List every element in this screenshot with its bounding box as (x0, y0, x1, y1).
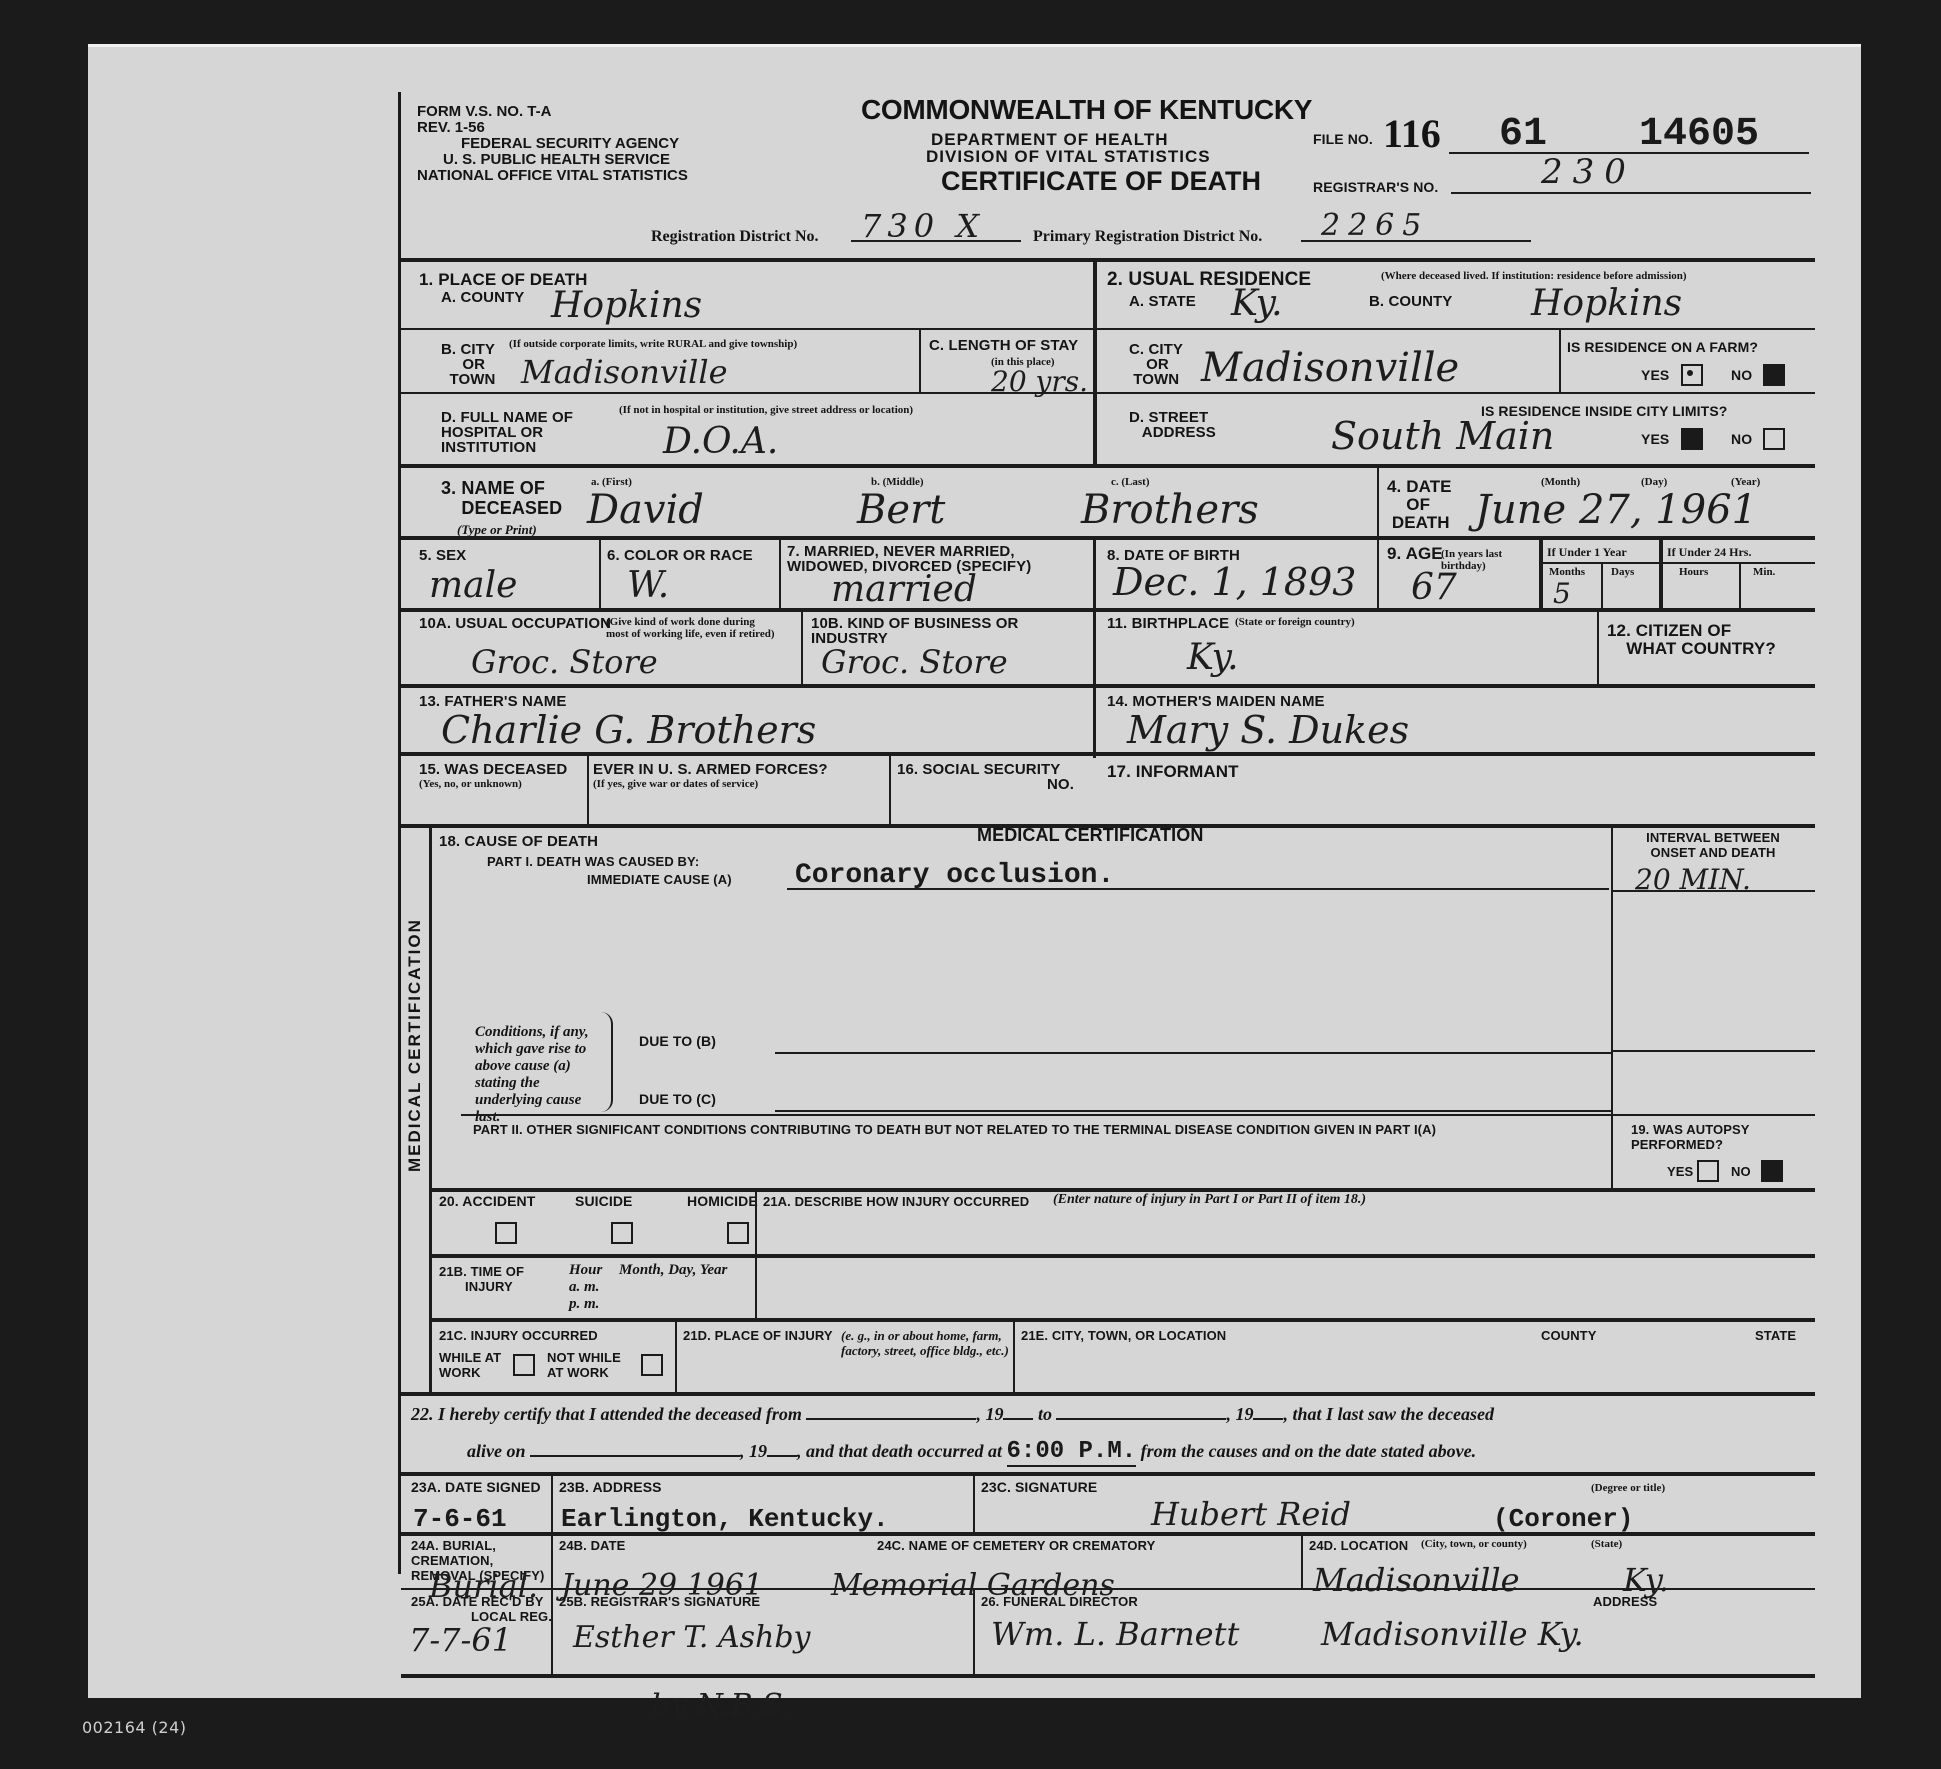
immediate-cause-value: Coronary occlusion. (787, 860, 1609, 890)
injury-place-note: (e. g., in or about home, farm, factory,… (841, 1328, 1011, 1358)
days-label: Days (1611, 566, 1634, 578)
service-line: U. S. PUBLIC HEALTH SERVICE (417, 152, 688, 168)
occupation-value: Groc. Store (471, 644, 658, 680)
injury-state-label: STATE (1755, 1328, 1796, 1343)
death-city-note: (If outside corporate limits, write RURA… (509, 338, 829, 350)
medical-certification-side-label: MEDICAL CERTIFICATION (405, 918, 425, 1172)
due-to-c-field[interactable] (775, 1090, 1611, 1112)
due-to-c-label: DUE TO (c) (639, 1092, 716, 1107)
ssn-label: 16. SOCIAL SECURITYNO. (897, 762, 1087, 792)
funeral-address-value: Madisonville Ky. (1321, 1616, 1584, 1652)
homicide-checkbox[interactable] (727, 1222, 749, 1244)
stay-value: 20 yrs. (991, 364, 1088, 400)
res-state-label: a. STATE (1129, 294, 1196, 309)
accident-label: 20. ACCIDENT (439, 1194, 535, 1209)
certifier-signature-value: Hubert Reid (1151, 1496, 1351, 1532)
race-label: 6. COLOR OR RACE (607, 548, 753, 563)
file-no-label: FILE NO. (1313, 132, 1373, 147)
res-street-label: d. STREET ADDRESS (1129, 410, 1216, 440)
attended-to-year[interactable] (1253, 1418, 1283, 1420)
registrar-signature-value: Esther T. Ashby (573, 1620, 811, 1656)
medical-certification-heading: MEDICAL CERTIFICATION (977, 828, 1203, 843)
file-no-number: 14605 (1639, 112, 1759, 157)
autopsy-label: 19. WAS AUTOPSY PERFORMED? (1631, 1122, 1801, 1152)
mother-label: 14. MOTHER'S MAIDEN NAME (1107, 694, 1325, 709)
burial-location-label: 24d. LOCATION (1309, 1538, 1408, 1553)
hours-label: Hours (1679, 566, 1708, 578)
farm-no-checkbox[interactable] (1763, 364, 1785, 386)
due-to-b-field[interactable] (775, 1032, 1611, 1054)
year-prefix-1: , 19 (976, 1404, 1003, 1424)
birthplace-label: 11. BIRTHPLACE (1107, 616, 1229, 631)
death-city-value: Madisonville (521, 354, 728, 390)
farm-yes-label: YES (1641, 368, 1669, 383)
hospital-note: (If not in hospital or institution, give… (619, 404, 1089, 416)
registrar-signature-label: 25b. REGISTRAR'S SIGNATURE (559, 1594, 760, 1609)
deceased-name-label: 3. NAME OF DECEASED (441, 478, 562, 518)
certifier-address-value: Earlington, Kentucky. (561, 1504, 889, 1534)
occupation-label: 10a. USUAL OCCUPATION (419, 616, 611, 631)
occupation-note: (Give kind of work done during most of w… (606, 616, 776, 640)
citizen-label: 12. CITIZEN OF WHAT COUNTRY? (1607, 622, 1776, 658)
certifier-signature-label: 23c. SIGNATURE (981, 1480, 1097, 1495)
armed-note-2: (If yes, give war or dates of service) (593, 778, 758, 790)
first-name-value: David (587, 492, 704, 528)
injury-county-label: COUNTY (1541, 1328, 1597, 1343)
injury-work-label: 21c. INJURY OCCURRED (439, 1328, 598, 1343)
mother-value: Mary S. Dukes (1127, 712, 1409, 748)
alive-on-year[interactable] (767, 1455, 797, 1457)
burial-date-label: 24b. DATE (559, 1538, 625, 1553)
certifier-title-value: (Coroner) (1493, 1504, 1633, 1534)
city-limits-no-label: NO (1731, 432, 1752, 447)
under-1-year-label: If Under 1 Year (1547, 546, 1627, 558)
certificate-title: CERTIFICATE OF DEATH (941, 166, 1261, 197)
father-value: Charlie G. Brothers (441, 712, 816, 748)
autopsy-no-label: NO (1731, 1164, 1751, 1179)
reg-district-value: 730 X (851, 208, 1021, 242)
res-city-value: Madisonville (1201, 350, 1459, 386)
city-limits-yes-label: YES (1641, 432, 1669, 447)
cemetery-label: 24c. NAME OF CEMETERY OR CREMATORY (877, 1538, 1155, 1553)
autopsy-yes-checkbox[interactable] (1697, 1160, 1719, 1182)
death-certificate-form: FORM V.S. NO. T-A REV. 1-56 FEDERAL SECU… (398, 92, 1815, 1574)
injury-date-label: Month, Day, Year (619, 1262, 727, 1279)
date-signed-value: 7-6-61 (413, 1504, 507, 1534)
city-limits-yes-checkbox[interactable] (1681, 428, 1703, 450)
location-state-note: (State) (1591, 1538, 1622, 1550)
burial-location-value: Madisonville (1313, 1562, 1520, 1598)
registrar-no-value: 230 (1451, 154, 1811, 194)
file-no-year: 61 (1499, 112, 1547, 157)
sex-label: 5. SEX (419, 548, 466, 563)
autopsy-no-checkbox[interactable] (1761, 1160, 1783, 1182)
injury-how-note: (Enter nature of injury in Part I or Par… (1053, 1192, 1366, 1208)
interval-label: INTERVAL BETWEEN ONSET AND DEATH (1633, 830, 1793, 860)
months-value: 5 (1553, 576, 1571, 612)
sex-value: male (429, 568, 517, 604)
autopsy-yes-label: YES (1667, 1164, 1693, 1179)
age-value: 67 (1411, 570, 1457, 606)
certify-to-text: to (1038, 1404, 1052, 1424)
certify-line-1: 22. I hereby certify that I attended the… (411, 1404, 1494, 1425)
form-revision: REV. 1-56 (417, 120, 688, 136)
while-at-work-checkbox[interactable] (513, 1354, 535, 1376)
res-county-value: Hopkins (1531, 286, 1682, 322)
stay-label: c. LENGTH OF STAY (929, 338, 1078, 353)
not-while-at-work-label: NOT WHILEAT WORK (547, 1350, 621, 1380)
conditions-note: Conditions, if any, which gave rise to a… (475, 1024, 605, 1126)
funeral-address-label: ADDRESS (1593, 1594, 1657, 1609)
attended-from-year[interactable] (1003, 1418, 1033, 1420)
middle-name-value: Bert (857, 492, 945, 528)
margin-note: by N.B.S. (651, 1688, 791, 1724)
dob-value: Dec. 1, 1893 (1113, 564, 1356, 600)
primary-district-value: 2265 (1301, 208, 1531, 242)
res-city-label: c. CITY OR TOWN (1129, 342, 1183, 387)
city-limits-no-checkbox[interactable] (1763, 428, 1785, 450)
hospital-value: D.O.A. (663, 424, 778, 460)
business-label: 10b. KIND OF BUSINESS OR INDUSTRY (811, 616, 1087, 646)
armed-forces-label-2: EVER IN U. S. ARMED FORCES? (593, 762, 828, 777)
informant-label: 17. INFORMANT (1107, 764, 1239, 779)
reg-district-label: Registration District No. (651, 228, 819, 246)
file-no-prefix: 116 (1383, 110, 1441, 157)
farm-label: IS RESIDENCE ON A FARM? (1567, 340, 1758, 355)
date-recd-value: 7-7-61 (409, 1622, 512, 1658)
location-note: (City, town, or county) (1421, 1538, 1527, 1550)
frame-id: 002164 (24) (82, 1718, 187, 1737)
birthplace-note: (State or foreign country) (1235, 616, 1355, 628)
date-of-death-value: June 27, 1961 (1475, 492, 1757, 528)
death-city-label: b. CITY OR TOWN (441, 342, 495, 387)
date-signed-label: 23a. DATE SIGNED (411, 1480, 541, 1495)
office-line: NATIONAL OFFICE VITAL STATISTICS (417, 168, 688, 184)
form-id-block: FORM V.S. NO. T-A REV. 1-56 FEDERAL SECU… (417, 104, 688, 184)
due-to-b-label: DUE TO (b) (639, 1034, 716, 1049)
conditions-brace (601, 1012, 613, 1112)
accident-checkbox[interactable] (495, 1222, 517, 1244)
attended-to-field[interactable] (1056, 1418, 1226, 1420)
last-name-value: Brothers (1081, 492, 1259, 528)
cause-of-death-label: 18. CAUSE OF DEATH (439, 834, 598, 849)
injury-time-hour-label: Houra. m.p. m. (569, 1262, 602, 1313)
immediate-cause-label: IMMEDIATE CAUSE (a) (587, 872, 732, 887)
injury-how-label: 21a. DESCRIBE HOW INJURY OCCURRED (763, 1194, 1029, 1209)
armed-note-1: (Yes, no, or unknown) (419, 778, 522, 790)
certify-from-text: 22. I hereby certify that I attended the… (411, 1404, 802, 1424)
alive-on-text: alive on (467, 1441, 526, 1461)
death-county-value: Hopkins (551, 288, 702, 324)
under-24-hours-label: If Under 24 Hrs. (1667, 546, 1751, 558)
injury-place-label: 21d. PLACE OF INJURY (683, 1328, 833, 1343)
degree-title-label: (Degree or title) (1591, 1482, 1665, 1494)
certify-line-2: alive on , 19, and that death occurred a… (467, 1438, 1476, 1465)
res-state-value: Ky. (1231, 286, 1283, 322)
race-value: W. (627, 568, 669, 604)
causes-text: from the causes and on the date stated a… (1141, 1441, 1477, 1461)
year-prefix-3: , 19 (740, 1441, 767, 1461)
file-no-field: 61 14605 (1449, 112, 1809, 154)
suicide-checkbox[interactable] (611, 1222, 633, 1244)
homicide-label: HOMICIDE (687, 1194, 758, 1209)
year-prefix-2: , 19 (1226, 1404, 1253, 1424)
registrar-no-label: REGISTRAR'S NO. (1313, 180, 1438, 195)
division-title: DIVISION OF VITAL STATISTICS (926, 147, 1211, 167)
father-label: 13. FATHER'S NAME (419, 694, 567, 709)
attended-from-field[interactable] (806, 1418, 976, 1420)
res-county-label: b. COUNTY (1369, 294, 1452, 309)
death-occurred-text: , and that death occurred at (797, 1441, 1002, 1461)
date-of-death-label: 4. DATE OF DEATH (1387, 478, 1452, 532)
death-county-label: a. COUNTY (441, 290, 524, 305)
minutes-label: Min. (1753, 566, 1775, 578)
interval-value: 20 MIN. (1635, 862, 1751, 898)
form-number: FORM V.S. NO. T-A (417, 104, 688, 120)
hospital-label: d. FULL NAME OF HOSPITAL OR INSTITUTION (441, 410, 591, 455)
not-while-at-work-checkbox[interactable] (641, 1354, 663, 1376)
business-value: Groc. Store (821, 644, 1008, 680)
while-at-work-label: WHILE ATWORK (439, 1350, 501, 1380)
certifier-address-label: 23b. ADDRESS (559, 1480, 662, 1495)
last-saw-text: , that I last saw the deceased (1283, 1404, 1494, 1424)
part2-label: PART II. OTHER SIGNIFICANT CONDITIONS CO… (473, 1122, 1603, 1137)
burial-state-value: Ky. (1623, 1562, 1669, 1598)
funeral-director-value: Wm. L. Barnett (991, 1616, 1239, 1652)
primary-district-label: Primary Registration District No. (1033, 228, 1262, 246)
age-label: 9. AGE (1387, 546, 1443, 561)
farm-no-label: NO (1731, 368, 1752, 383)
suicide-label: SUICIDE (575, 1194, 633, 1209)
state-title: COMMONWEALTH OF KENTUCKY (861, 94, 1312, 126)
usual-residence-note: (Where deceased lived. If institution: r… (1381, 270, 1801, 282)
alive-on-field[interactable] (530, 1455, 740, 1457)
funeral-director-label: 26. FUNERAL DIRECTOR (981, 1594, 1138, 1609)
injury-time-label: 21b. TIME OF INJURY (439, 1264, 524, 1294)
birthplace-value: Ky. (1187, 640, 1239, 676)
marital-value: married (831, 572, 977, 608)
agency-line: FEDERAL SECURITY AGENCY (417, 136, 688, 152)
death-time-value: 6:00 P.M. (1007, 1438, 1137, 1467)
res-street-value: South Main (1331, 418, 1554, 454)
injury-city-label: 21e. CITY, TOWN, OR LOCATION (1021, 1328, 1226, 1343)
farm-yes-checkbox[interactable] (1681, 364, 1703, 386)
armed-forces-label: 15. WAS DECEASED (419, 762, 567, 777)
date-recd-label: 25a. DATE REC'D BYLOCAL REG. (411, 1594, 552, 1624)
part1-label: PART I. DEATH WAS CAUSED BY: (487, 854, 699, 869)
